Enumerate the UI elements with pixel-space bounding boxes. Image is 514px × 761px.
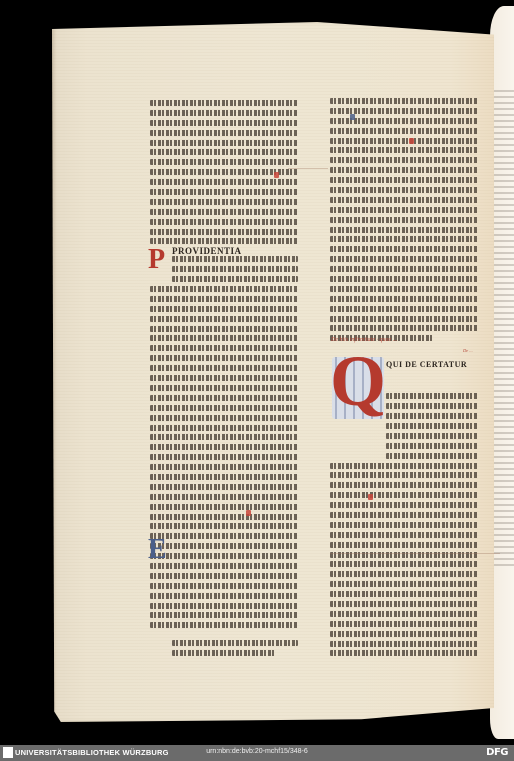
decorated-initial-e: E bbox=[148, 534, 167, 566]
ruling-line bbox=[330, 553, 500, 554]
paragraph-mark bbox=[246, 510, 251, 516]
ruling-line bbox=[288, 168, 328, 169]
section-heading-left: PROVIDENTIA bbox=[172, 246, 242, 256]
paragraph-mark bbox=[409, 138, 414, 144]
decorated-initial-p: P bbox=[148, 244, 165, 276]
margin-note: De ... bbox=[463, 348, 491, 354]
paragraph-mark bbox=[350, 114, 355, 120]
urn-identifier: urn:nbn:de:bvb:20-mchf15/348-6 bbox=[0, 748, 514, 755]
bleed-through-text bbox=[494, 86, 514, 566]
paragraph-mark bbox=[368, 494, 373, 500]
viewer-footer: UNIVERSITÄTSBIBLIOTHEK WÜRZBURG urn:nbn:… bbox=[0, 745, 514, 761]
paragraph-mark bbox=[274, 172, 279, 178]
section-heading-right: QUI DE CERTATUR bbox=[386, 360, 467, 369]
image-viewport[interactable]: P PROVIDENTIA E De hiis infirmitate · qu… bbox=[0, 0, 514, 745]
decorated-initial-q: Q bbox=[330, 345, 386, 417]
text-column-left bbox=[150, 100, 298, 660]
dfg-logo[interactable]: DFG bbox=[486, 747, 508, 758]
